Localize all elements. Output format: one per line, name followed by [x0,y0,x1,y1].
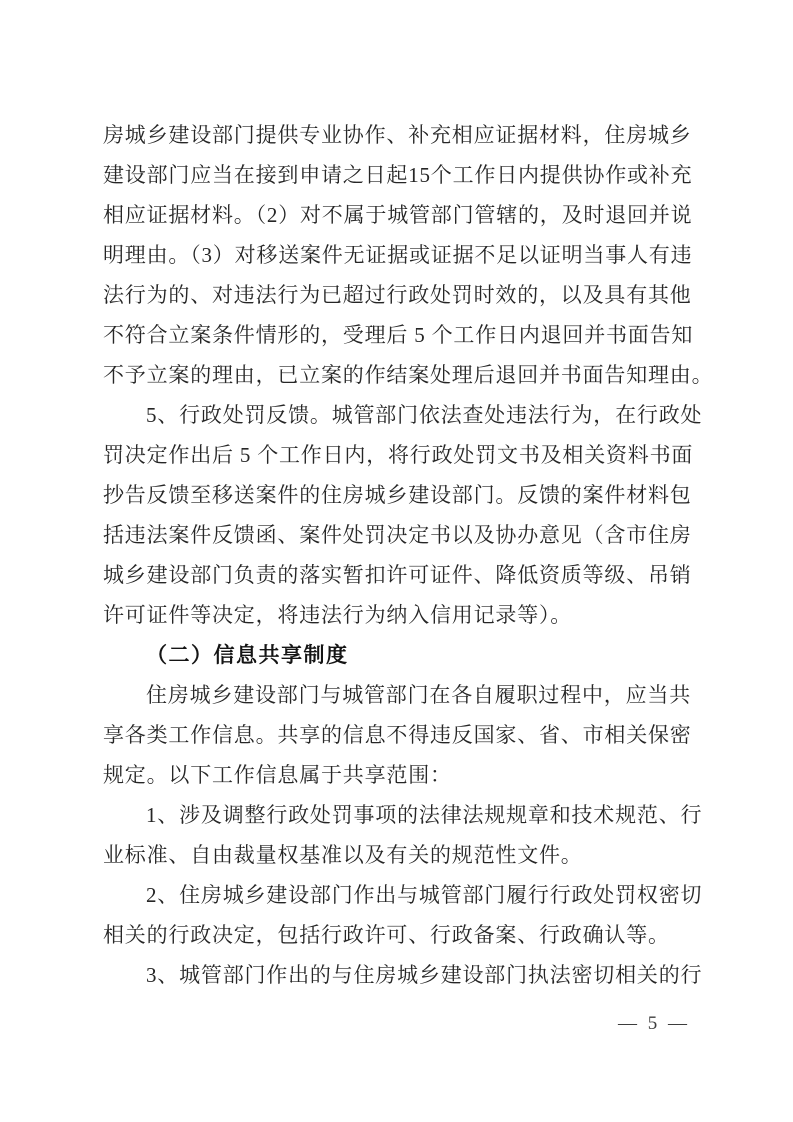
text-line: 业标准、自由裁量权基准以及有关的规范性文件。 [103,835,691,875]
document-body: 房城乡建设部门提供专业协作、补充相应证据材料，住房城乡建设部门应当在接到申请之日… [103,115,691,995]
paragraph: 2、住房城乡建设部门作出与城管部门履行行政处罚权密切相关的行政决定，包括行政许可… [103,875,691,955]
text-line: 罚决定作出后 5 个工作日内，将行政处罚文书及相关资料书面 [103,435,691,475]
text-line: 1、涉及调整行政处罚事项的法律法规规章和技术规范、行 [103,795,691,835]
text-line: 不符合立案条件情形的，受理后 5 个工作日内退回并书面告知 [103,315,691,355]
text-line: 许可证件等决定，将违法行为纳入信用记录等）。 [103,595,691,635]
document-page: 房城乡建设部门提供专业协作、补充相应证据材料，住房城乡建设部门应当在接到申请之日… [0,0,793,1122]
text-line: 规定。以下工作信息属于共享范围： [103,755,691,795]
text-line: 住房城乡建设部门与城管部门在各自履职过程中，应当共 [103,675,691,715]
paragraph: 房城乡建设部门提供专业协作、补充相应证据材料，住房城乡建设部门应当在接到申请之日… [103,115,691,395]
text-line: 相关的行政决定，包括行政许可、行政备案、行政确认等。 [103,915,691,955]
text-line: 法行为的、对违法行为已超过行政处罚时效的，以及具有其他 [103,275,691,315]
paragraph: 1、涉及调整行政处罚事项的法律法规规章和技术规范、行业标准、自由裁量权基准以及有… [103,795,691,875]
text-line: 抄告反馈至移送案件的住房城乡建设部门。反馈的案件材料包 [103,475,691,515]
text-line: 房城乡建设部门提供专业协作、补充相应证据材料，住房城乡 [103,115,691,155]
text-line: 明理由。（3）对移送案件无证据或证据不足以证明当事人有违 [103,235,691,275]
page-number: — 5 — [618,1010,690,1038]
paragraph: 5、行政处罚反馈。城管部门依法查处违法行为，在行政处罚决定作出后 5 个工作日内… [103,395,691,635]
text-line: 3、城管部门作出的与住房城乡建设部门执法密切相关的行 [103,955,691,995]
text-line: 享各类工作信息。共享的信息不得违反国家、省、市相关保密 [103,715,691,755]
text-line: 5、行政处罚反馈。城管部门依法查处违法行为，在行政处 [103,395,691,435]
section-heading: （二）信息共享制度 [103,635,691,675]
text-line: 城乡建设部门负责的落实暂扣许可证件、降低资质等级、吊销 [103,555,691,595]
text-line: （二）信息共享制度 [103,635,691,675]
paragraph: 住房城乡建设部门与城管部门在各自履职过程中，应当共享各类工作信息。共享的信息不得… [103,675,691,795]
text-line: 括违法案件反馈函、案件处罚决定书以及协办意见（含市住房 [103,515,691,555]
text-line: 2、住房城乡建设部门作出与城管部门履行行政处罚权密切 [103,875,691,915]
text-line: 建设部门应当在接到申请之日起15个工作日内提供协作或补充 [103,155,691,195]
text-line: 相应证据材料。（2）对不属于城管部门管辖的，及时退回并说 [103,195,691,235]
paragraph: 3、城管部门作出的与住房城乡建设部门执法密切相关的行 [103,955,691,995]
text-line: 不予立案的理由，已立案的作结案处理后退回并书面告知理由。 [103,355,691,395]
